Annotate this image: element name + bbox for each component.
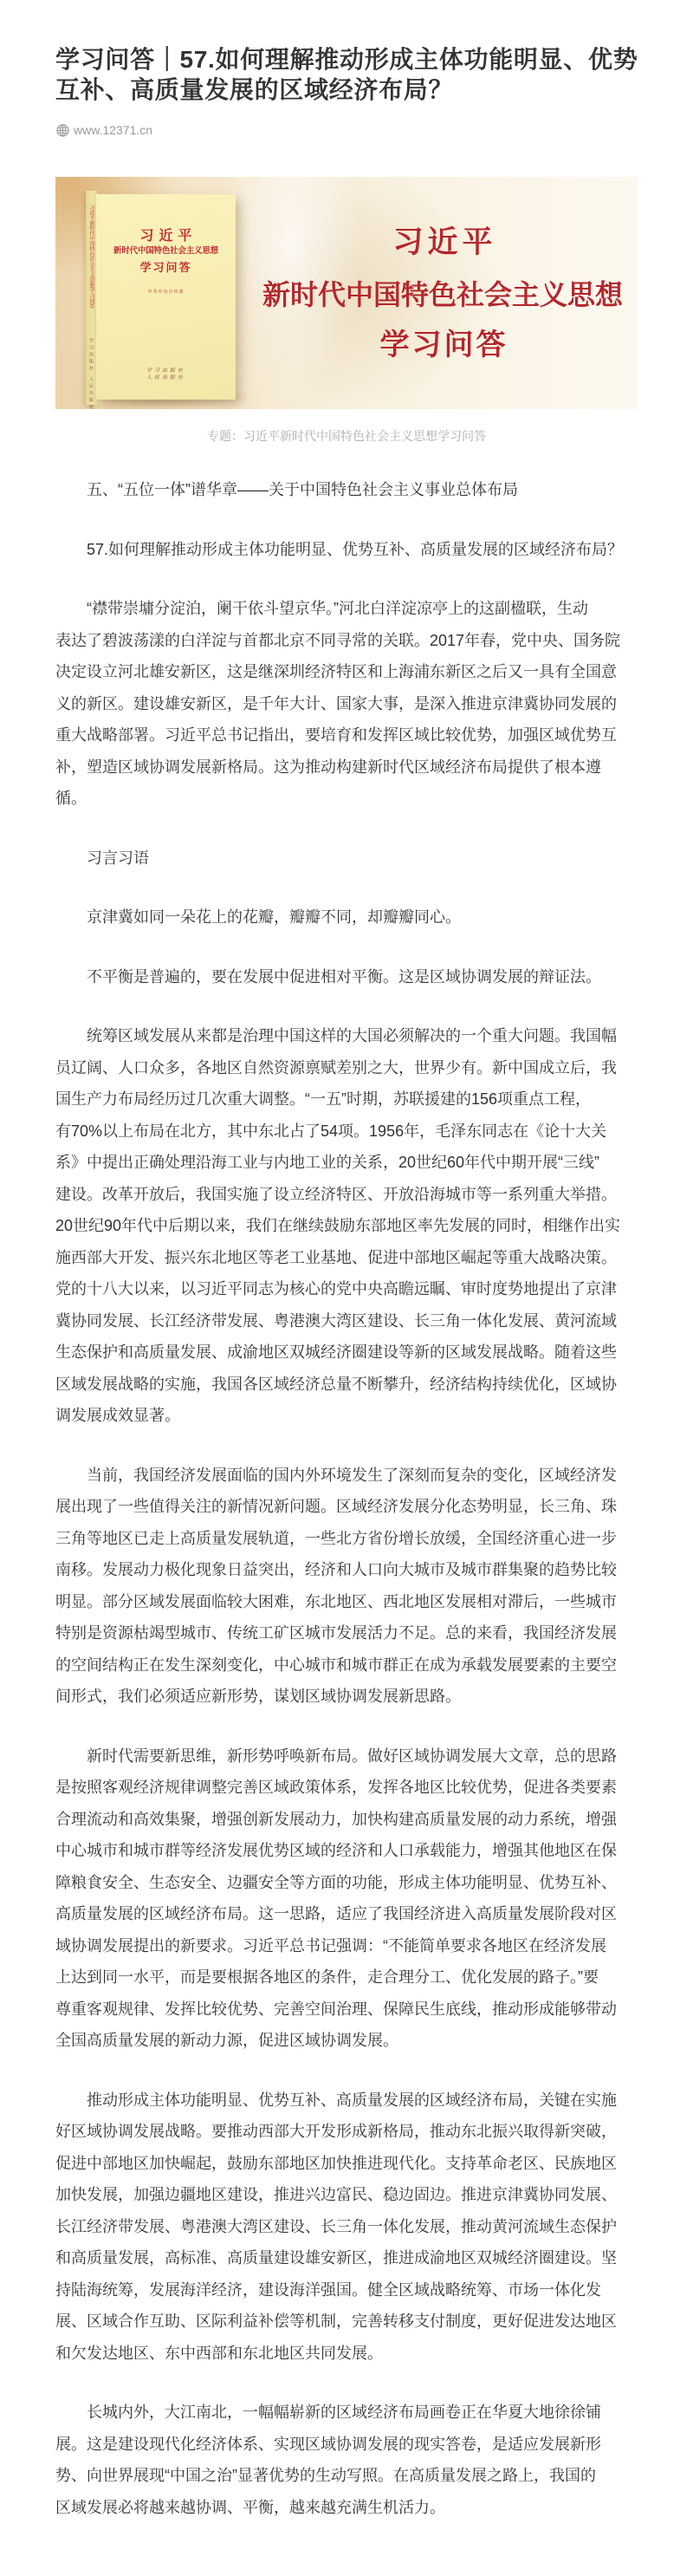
paragraph-line: 员辽阔、人口众多，各地区自然资源禀赋差别之大，世界少有。新中国成立后，我 (55, 1052, 638, 1084)
article-paragraph: “襟带崇墉分淀泊，阑干依斗望京华。”河北白洋淀凉亭上的这副楹联，生动 表达了碧波… (55, 593, 638, 815)
article-body: 五、“五位一体”谱华章——关于中国特色社会主义事业总体布局 57.如何理解推动形… (55, 474, 638, 2523)
paragraph-line: 习言习语 (55, 842, 638, 875)
paragraph-line: 京津冀如同一朵花上的花瓣，瓣瓣不同，却瓣瓣同心。 (55, 901, 638, 933)
quote-paragraph: 京津冀如同一朵花上的花瓣，瓣瓣不同，却瓣瓣同心。 (55, 901, 638, 933)
book-cover-title-line: 习近平 (96, 227, 236, 244)
paragraph-line: 决定设立河北雄安新区，这是继深圳经济特区和上海浦东新区之后又一具有全国意 (55, 656, 638, 688)
book-cover: 习近平 新时代中国特色社会主义思想 学习问答 中共中央宣传部 学习出版社 人民出… (96, 194, 236, 400)
paragraph-line: 长城内外，大江南北，一幅幅崭新的区域经济布局画卷正在华夏大地徐徐铺 (55, 2397, 638, 2429)
article-title: 学习问答｜57.如何理解推动形成主体功能明显、优势 互补、高质量发展的区域经济布… (55, 44, 638, 105)
paragraph-line: 长江经济带发展、粤港澳大湾区建设、长三角一体化发展，推动黄河流域生态保护 (55, 2211, 638, 2243)
article-paragraph: 新时代需要新思维，新形势呼唤新布局。做好区域协调发展大文章，总的思路 是按照客观… (55, 1740, 638, 2057)
book-cover-title-line: 学习问答 (96, 262, 236, 276)
paragraph-line: 有70%以上布局在北方，其中东北占了54项。1956年，毛泽东同志在《论十大关 (55, 1116, 638, 1148)
xiyan-xiyu-label: 习言习语 (55, 842, 638, 875)
paragraph-line: 冀协同发展、长江经济带发展、粤港澳大湾区建设、长三角一体化发展、黄河流域 (55, 1305, 638, 1337)
paragraph-line: 生态保护和高质量发展、成渝地区双城经济圈建设等新的区域发展战略。随着这些 (55, 1337, 638, 1369)
paragraph-line: 持陆海统筹，发展海洋经济，建设海洋强国。健全区域战略统筹、市场一体化发 (55, 2274, 638, 2306)
paragraph-line: 加快发展，加强边疆地区建设，推进兴边富民、稳边固边。推进京津冀协同发展、 (55, 2179, 638, 2211)
paragraph-line: 统筹区域发展从来都是治理中国这样的大国必须解决的一个重大问题。我国幅 (55, 1020, 638, 1052)
paragraph-line: 展。这是建设现代化经济体系、实现区域协调发展的现实答卷，是适应发展新形 (55, 2429, 638, 2461)
paragraph-line: 全国高质量发展的新动力源，促进区域协调发展。 (55, 2025, 638, 2057)
banner-headline-line: 新时代中国特色社会主义思想 (256, 277, 629, 312)
paragraph-line: 促进中部地区加快崛起，鼓励东部地区加快推进现代化。支持革命老区、民族地区 (55, 2148, 638, 2180)
paragraph-line: 好区域协调发展战略。要推动西部大开发形成新格局，推动东北振兴取得新突破， (55, 2116, 638, 2148)
paragraph-line: 障粮食安全、生态安全、边疆安全等方面的功能，形成主体功能明显、优势互补、 (55, 1867, 638, 1899)
paragraph-line: 循。 (55, 783, 638, 815)
banner-caption-link[interactable]: 专题：习近平新时代中国特色社会主义思想学习问答 (55, 427, 638, 445)
quote-paragraph: 不平衡是普遍的，要在发展中促进相对平衡。这是区域协调发展的辩证法。 (55, 961, 638, 993)
paragraph-line: 是按照客观经济规律调整完善区域政策体系，发挥各地区比较优势，促进各类要素 (55, 1772, 638, 1804)
book-author: 中共中央宣传部 (96, 289, 236, 295)
paragraph-line: 新时代需要新思维，新形势呼唤新布局。做好区域协调发展大文章，总的思路 (55, 1740, 638, 1773)
paragraph-line: 区域发展必将越来越协调、平衡，越来越充满生机活力。 (55, 2492, 638, 2524)
paragraph-line: 建设。改革开放后，我国实施了设立经济特区、开放沿海城市等一系列重大举措。 (55, 1179, 638, 1211)
paragraph-line: 特别是资源枯竭型城市、传统工矿区城市发展活力不足。总的来看，我国经济发展 (55, 1617, 638, 1649)
paragraph-line: 调发展成效显著。 (55, 1400, 638, 1432)
paragraph-line: 重大战略部署。习近平总书记指出，要培育和发挥区域比较优势，加强区域优势互 (55, 719, 638, 751)
article-title-line: 学习问答｜57.如何理解推动形成主体功能明显、优势 (55, 44, 638, 75)
book-spine-publishers: 学习出版社 人民出版社 (87, 338, 94, 409)
article-paragraph: 当前，我国经济发展面临的国内外环境发生了深刻而复杂的变化，区域经济发 展出现了一… (55, 1460, 638, 1713)
book-publisher: 人民出版社 (96, 374, 236, 381)
paragraph-line: 展出现了一些值得关注的新情况新问题。区域经济发展分化态势明显，长三角、珠 (55, 1491, 638, 1523)
paragraph-line: 国生产力布局经历过几次重大调整。“一五”时期，苏联援建的156项重点工程， (55, 1083, 638, 1116)
paragraph-line: 当前，我国经济发展面临的国内外环境发生了深刻而复杂的变化，区域经济发 (55, 1460, 638, 1492)
book-spine-title: 习近平新时代中国特色社会主义思想学习问答 (87, 205, 94, 309)
paragraph-line: 势、向世界展现“中国之治”显著优势的生动写照。在高质量发展之路上，我国的 (55, 2460, 638, 2492)
book-cover-title-line: 新时代中国特色社会主义思想 (96, 246, 236, 257)
paragraph-line: 和欠发达地区、东中西部和东北地区共同发展。 (55, 2338, 638, 2370)
paragraph-line: 域协调发展提出的新要求。习近平总书记强调：“不能简单要求各地区在经济发展 (55, 1930, 638, 1962)
banner-headline: 习近平 新时代中国特色社会主义思想 学习问答 (256, 177, 629, 409)
paragraph-line: 20世纪90年代中后期以来，我们在继续鼓励东部地区率先发展的同时，相继作出实 (55, 1210, 638, 1242)
paragraph-line: 上达到同一水平，而是要根据各地区的条件，走合理分工、优化发展的路子。”要 (55, 1961, 638, 1994)
paragraph-line: 五、“五位一体”谱华章——关于中国特色社会主义事业总体布局 (55, 474, 638, 506)
paragraph-line: 区域发展战略的实施，我国各区域经济总量不断攀升，经济结构持续优化，区域协 (55, 1369, 638, 1401)
banner-image: 习近平新时代中国特色社会主义思想学习问答 学习出版社 人民出版社 习近平 新时代… (55, 177, 638, 409)
paragraph-line: 展、区域合作互助、区际利益补偿等机制，完善转移支付制度，更好促进发达地区 (55, 2306, 638, 2338)
article-paragraph: 统筹区域发展从来都是治理中国这样的大国必须解决的一个重大问题。我国幅 员辽阔、人… (55, 1020, 638, 1432)
paragraph-line: 施西部大开发、振兴东北地区等老工业基地、促进中部地区崛起等重大战略决策。 (55, 1242, 638, 1274)
paragraph-line: 57.如何理解推动形成主体功能明显、优势互补、高质量发展的区域经济布局？ (55, 534, 638, 566)
paragraph-line: “襟带崇墉分淀泊，阑干依斗望京华。”河北白洋淀凉亭上的这副楹联，生动 (55, 593, 638, 625)
article-source-link[interactable]: www.12371.cn (55, 121, 638, 139)
paragraph-line: 表达了碧波荡漾的白洋淀与首都北京不同寻常的关联。2017年春，党中央、国务院 (55, 625, 638, 657)
banner-headline-line: 学习问答 (256, 328, 629, 362)
paragraph-line: 高质量发展的区域经济布局。这一思路，适应了我国经济进入高质量发展阶段对区 (55, 1898, 638, 1930)
paragraph-line: 推动形成主体功能明显、优势互补、高质量发展的区域经济布局，关键在实施 (55, 2085, 638, 2117)
book-publisher: 学习出版社 (96, 368, 236, 374)
paragraph-line: 和高质量发展，高标准、高质量建设雄安新区，推进成渝地区双城经济圈建设。坚 (55, 2242, 638, 2274)
question-heading: 57.如何理解推动形成主体功能明显、优势互补、高质量发展的区域经济布局？ (55, 534, 638, 566)
paragraph-line: 南移。发展动力极化现象日益突出，经济和人口向大城市及城市群集聚的趋势比较 (55, 1554, 638, 1586)
paragraph-line: 的空间结构正在发生深刻变化，中心城市和城市群正在成为承载发展要素的主要空 (55, 1649, 638, 1682)
paragraph-line: 间形式，我们必须适应新形势，谋划区域协调发展新思路。 (55, 1681, 638, 1713)
source-url[interactable]: www.12371.cn (74, 121, 152, 139)
banner-headline-line: 习近平 (256, 225, 629, 260)
paragraph-line: 义的新区。建设雄安新区，是千年大计、国家大事，是深入推进京津冀协同发展的 (55, 688, 638, 720)
paragraph-line: 党的十八大以来，以习近平同志为核心的党中央高瞻远瞩、审时度势地提出了京津 (55, 1273, 638, 1305)
paragraph-line: 明显。部分区域发展面临较大困难，东北地区、西北地区发展相对滞后，一些城市 (55, 1586, 638, 1618)
article-paragraph: 长城内外，大江南北，一幅幅崭新的区域经济布局画卷正在华夏大地徐徐铺 展。这是建设… (55, 2397, 638, 2523)
article-paragraph: 推动形成主体功能明显、优势互补、高质量发展的区域经济布局，关键在实施 好区域协调… (55, 2085, 638, 2370)
paragraph-line: 中心城市和城市群等经济发展优势区域的经济和人口承载能力，增强其他地区在保 (55, 1835, 638, 1867)
paragraph-line: 不平衡是普遍的，要在发展中促进相对平衡。这是区域协调发展的辩证法。 (55, 961, 638, 993)
paragraph-line: 补，塑造区域协调发展新格局。这为推动构建新时代区域经济布局提供了根本遵 (55, 751, 638, 784)
paragraph-line: 尊重客观规律、发挥比较优势、完善空间治理、保障民生底线，推动形成能够带动 (55, 1994, 638, 2026)
paragraph-line: 合理流动和高效集聚，增强创新发展动力，加快构建高质量发展的动力系统，增强 (55, 1804, 638, 1836)
paragraph-line: 三角等地区已走上高质量发展轨道，一些北方省份增长放缓，全国经济重心进一步 (55, 1523, 638, 1555)
globe-icon (56, 124, 69, 137)
article-page: 学习问答｜57.如何理解推动形成主体功能明显、优势 互补、高质量发展的区域经济布… (0, 44, 693, 2523)
section-heading: 五、“五位一体”谱华章——关于中国特色社会主义事业总体布局 (55, 474, 638, 506)
article-title-line: 互补、高质量发展的区域经济布局？ (55, 75, 638, 105)
paragraph-line: 系》中提出正确处理沿海工业与内地工业的关系，20世纪60年代中期开展“三线” (55, 1147, 638, 1179)
